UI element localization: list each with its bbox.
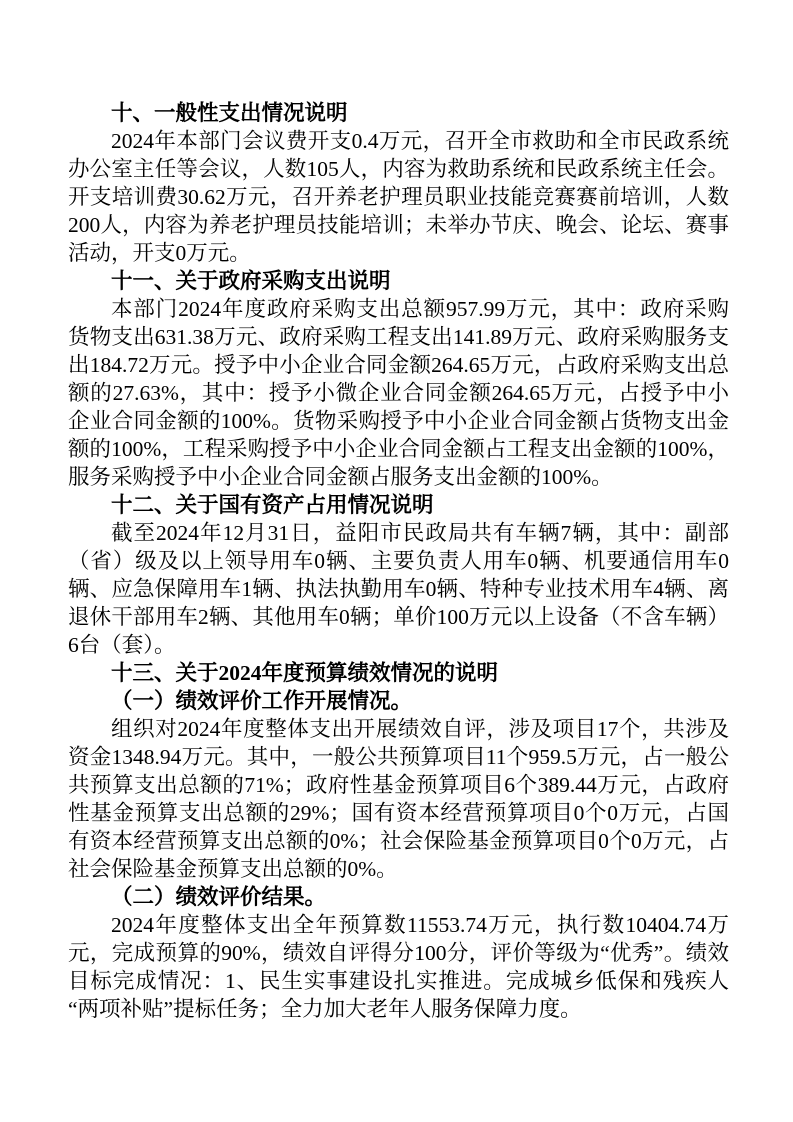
document-body: 十、一般性支出情况说明 2024年本部门会议费开支0.4万元，召开全市救助和全市… [68,99,729,1023]
section-heading-general-expenditure: 十、一般性支出情况说明 [68,99,729,127]
section-heading-state-owned-assets: 十二、关于国有资产占用情况说明 [68,491,729,519]
paragraph-performance-evaluation-result: 2024年度整体支出全年预算数11553.74万元，执行数10404.74万元，… [68,911,729,1023]
paragraph-general-expenditure: 2024年本部门会议费开支0.4万元，召开全市救助和全市民政系统办公室主任等会议… [68,127,729,267]
subheading-performance-evaluation-work: （一）绩效评价工作开展情况。 [68,687,729,715]
document-page: 十、一般性支出情况说明 2024年本部门会议费开支0.4万元，召开全市救助和全市… [0,0,793,1122]
section-heading-budget-performance: 十三、关于2024年度预算绩效情况的说明 [68,659,729,687]
paragraph-government-procurement: 本部门2024年度政府采购支出总额957.99万元，其中：政府采购货物支出631… [68,295,729,491]
paragraph-performance-evaluation-work: 组织对2024年度整体支出开展绩效自评，涉及项目17个，共涉及资金1348.94… [68,715,729,883]
section-heading-government-procurement: 十一、关于政府采购支出说明 [68,267,729,295]
paragraph-state-owned-assets: 截至2024年12月31日，益阳市民政局共有车辆7辆，其中：副部（省）级及以上领… [68,519,729,659]
subheading-performance-evaluation-result: （二）绩效评价结果。 [68,883,729,911]
